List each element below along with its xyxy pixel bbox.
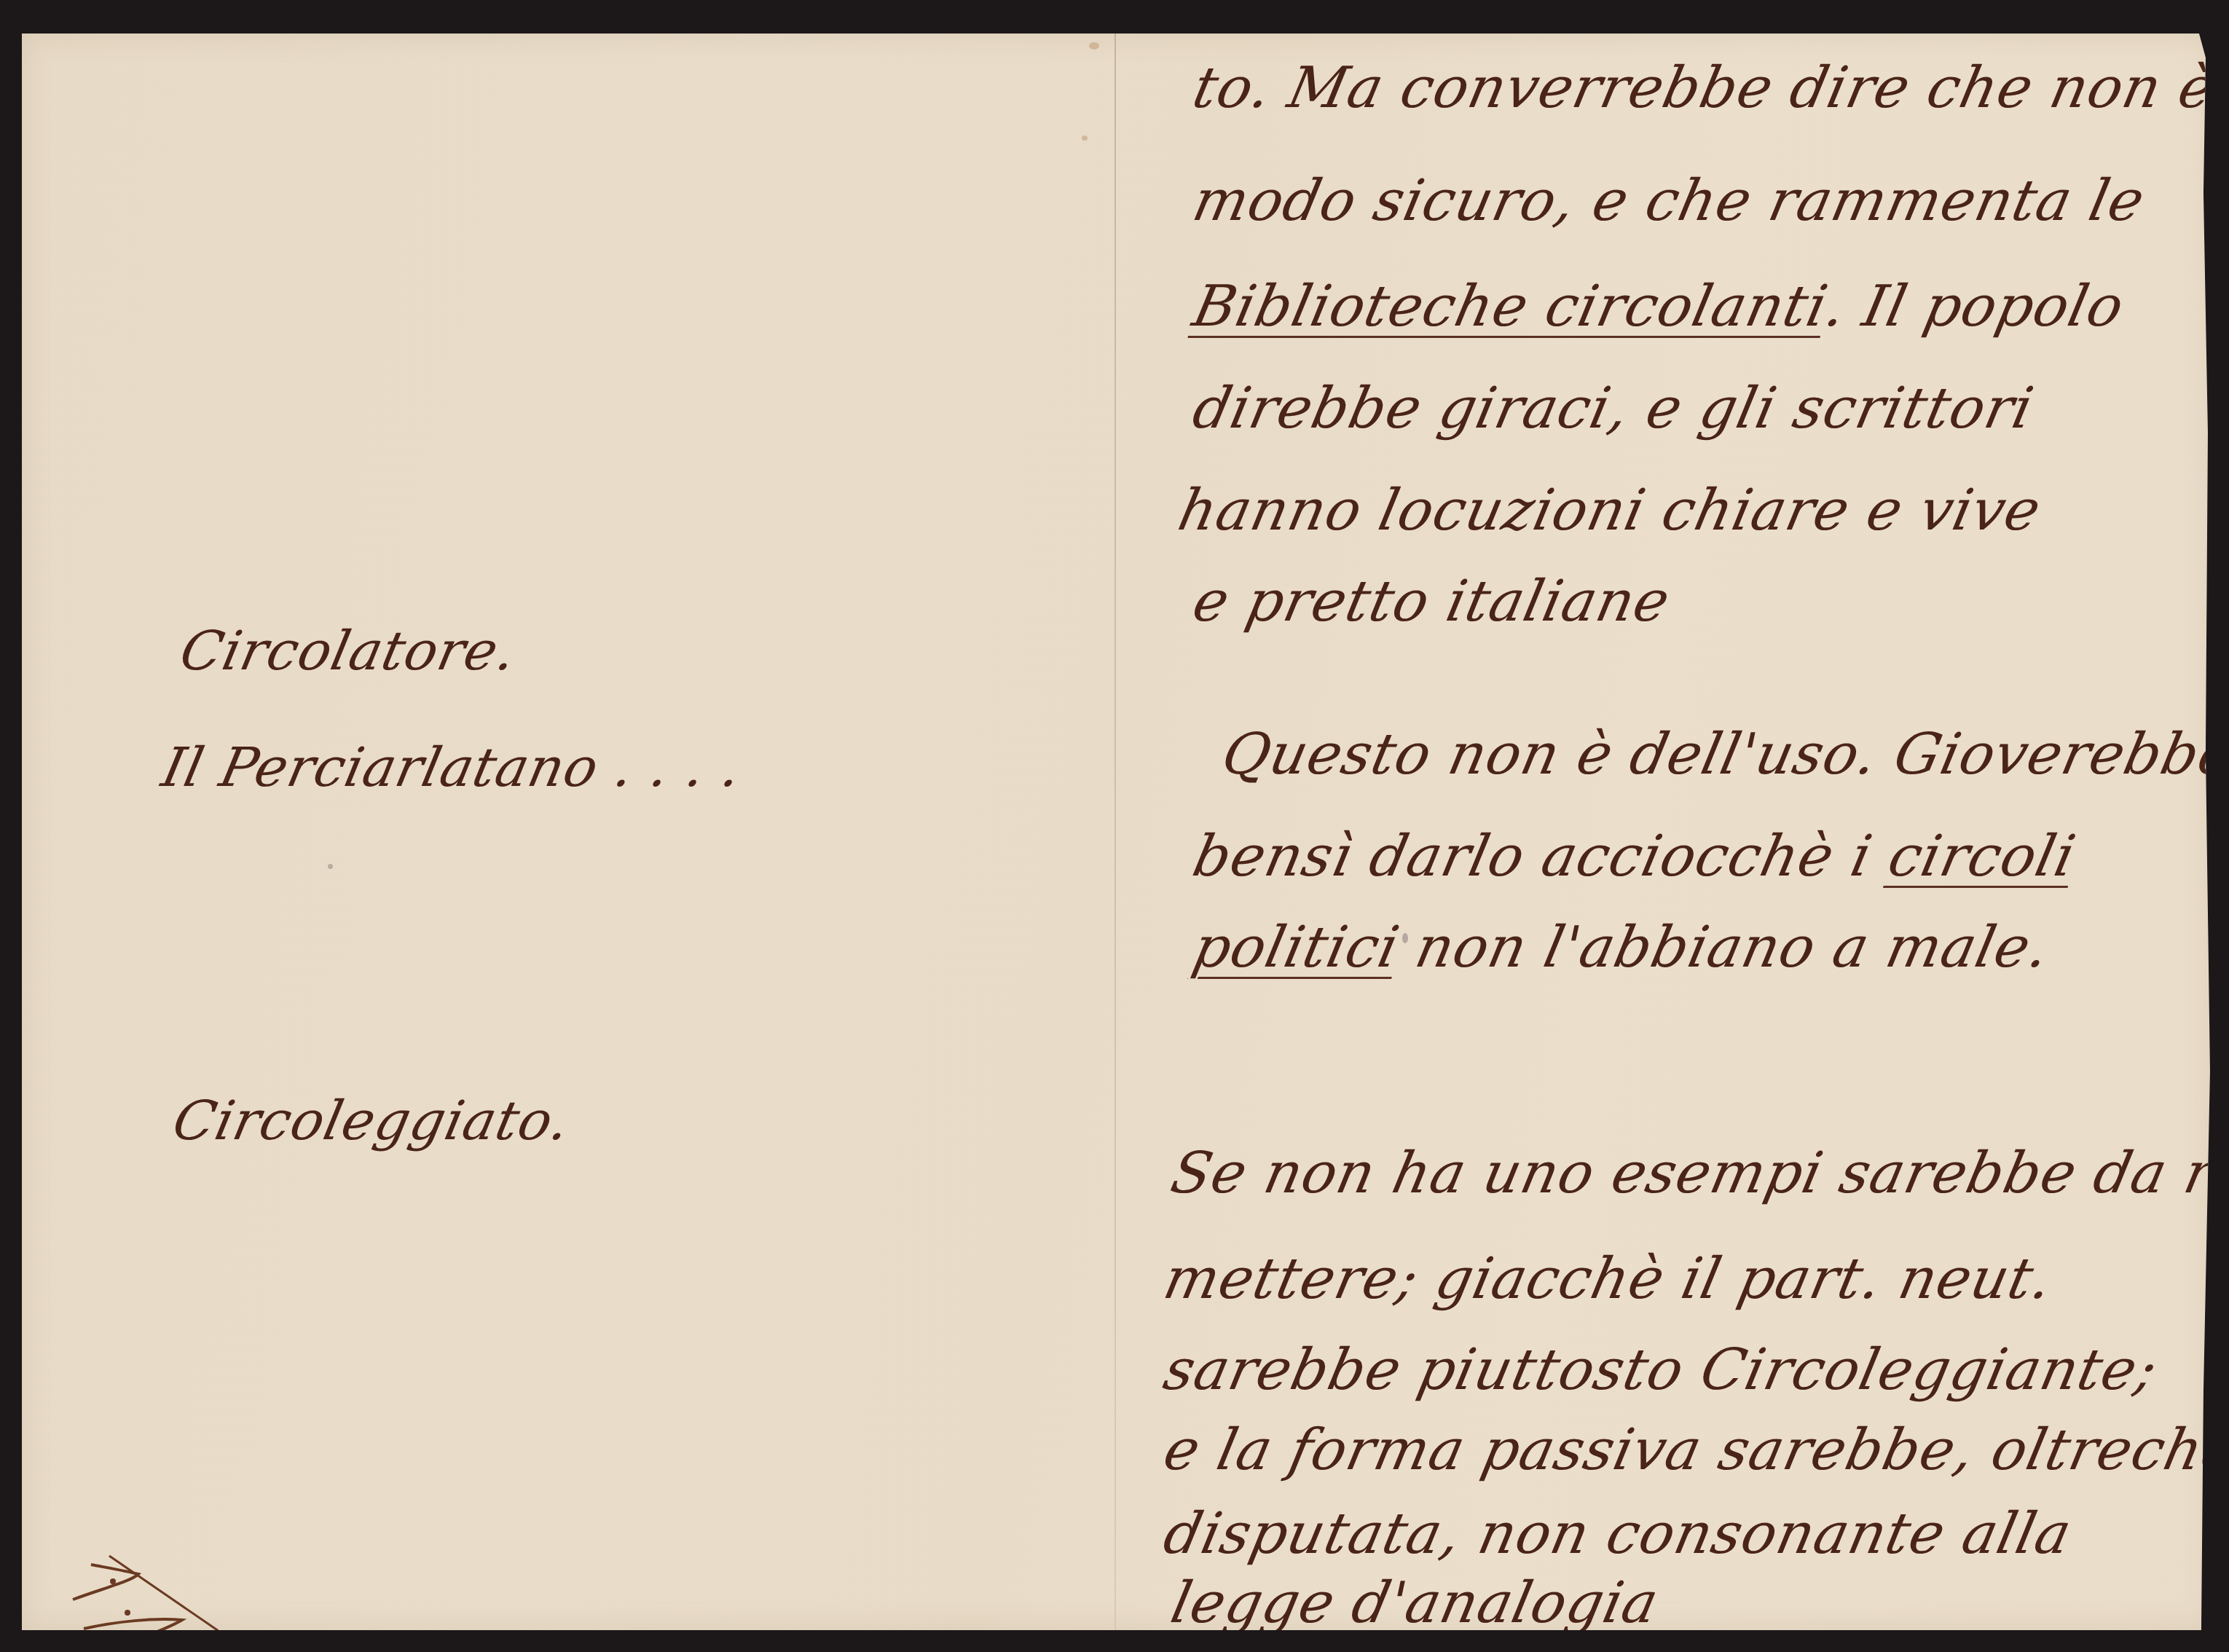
paragraph-1-line-1: to. Ma converrebbe dire che non è: [1187, 55, 2221, 121]
left-entry-circoleggiato: Circoleggiato.: [168, 1090, 575, 1152]
paragraph-1-line-3: Biblioteche circolanti. Il popolo: [1187, 274, 2130, 339]
underlined-term-biblioteche-circolanti: Biblioteche circolanti: [1187, 274, 1833, 339]
fold-crease: [1114, 34, 1116, 1630]
paragraph-1-line-5: hanno locuzioni chiare e vive: [1173, 478, 2047, 543]
paragraph-3-line-4: e la forma passiva sarebbe, oltrechè: [1158, 1417, 2229, 1483]
paper-stain: [1089, 42, 1099, 50]
scan-background: Circolatore. Il Perciarlatano . . . . Ci…: [0, 0, 2229, 1652]
paragraph-3-line-5: disputata, non consonante alla: [1158, 1501, 2077, 1567]
paragraph-2-line-1: Questo non è dell'uso. Gioverebbe: [1216, 722, 2229, 787]
paragraph-3-line-6: legge d'analogia: [1165, 1570, 1664, 1636]
corner-initials-mark: [58, 1549, 219, 1651]
left-entry-perciarlatano: Il Perciarlatano . . . .: [157, 736, 747, 799]
paragraph-3-line-3: sarebbe piuttosto Circoleggiante;: [1158, 1337, 2163, 1403]
manuscript-page: Circolatore. Il Perciarlatano . . . . Ci…: [22, 34, 2214, 1630]
paragraph-1-line-4: direbbe giraci, e gli scrittori: [1187, 376, 2040, 441]
left-entry-circolatore: Circolatore.: [175, 620, 522, 683]
paragraph-1-line-6: e pretto italiane: [1187, 569, 1675, 634]
paper-stain: [328, 864, 333, 869]
paragraph-2-line-3: politici non l'abbiano a male.: [1187, 915, 2056, 980]
paragraph-3-line-1: Se non ha uno esempi sarebbe da ri-: [1165, 1141, 2229, 1206]
underlined-term-politici: politici: [1187, 915, 1405, 980]
paragraph-2-line-2: bensì darlo acciocchè i circoli: [1187, 824, 2081, 889]
paper-stain: [1082, 135, 1088, 141]
underlined-term-circoli: circoli: [1883, 824, 2082, 889]
paragraph-3-line-2: mettere; giacchè il part. neut.: [1158, 1246, 2059, 1312]
paragraph-1-line-2: modo sicuro, e che rammenta le: [1187, 168, 2150, 234]
